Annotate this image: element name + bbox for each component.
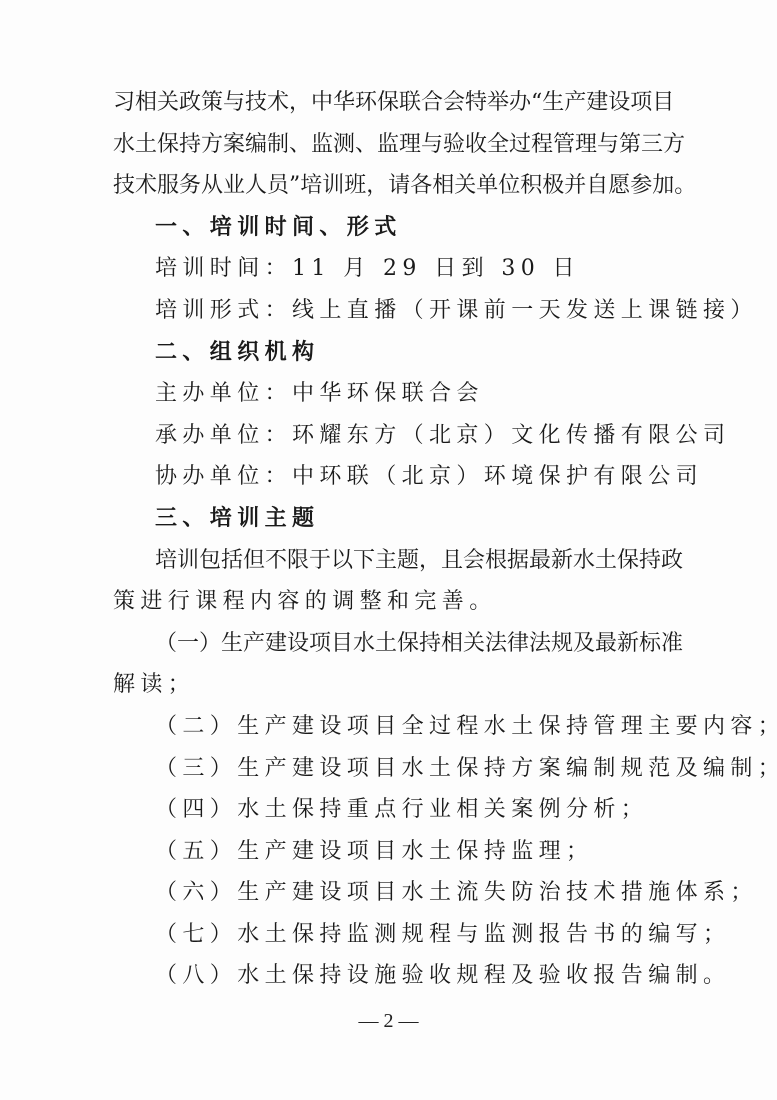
co-organizer-unit: 协办单位：中环联（北京）环境保护有限公司 <box>113 456 658 498</box>
host-unit: 主办单位：中华环保联合会 <box>113 373 658 415</box>
page-content: 习相关政策与技术，中华环保联合会特举办“生产建设项目 水土保持方案编制、监测、监… <box>113 82 658 997</box>
intro-line-1: 习相关政策与技术，中华环保联合会特举办“生产建设项目 <box>113 82 658 124</box>
topic-item-7: （七）水土保持监测规程与监测报告书的编写； <box>113 914 658 956</box>
section-heading-organization: 二、组织机构 <box>113 332 658 374</box>
section-heading-training-time-format: 一、培训时间、形式 <box>113 207 658 249</box>
document-page: 习相关政策与技术，中华环保联合会特举办“生产建设项目 水土保持方案编制、监测、监… <box>0 0 777 1100</box>
topic-item-4: （四）水土保持重点行业相关案例分析； <box>113 789 658 831</box>
topics-intro-line-1: 培训包括但不限于以下主题，且会根据最新水土保持政 <box>113 540 658 582</box>
section-heading-training-topics: 三、培训主题 <box>113 498 658 540</box>
topic-item-1-continued: 解读； <box>113 664 658 706</box>
page-number: — 2 — <box>0 1010 777 1033</box>
topic-item-1: （一）生产建设项目水土保持相关法律法规及最新标准 <box>113 623 658 665</box>
organizer-unit: 承办单位：环耀东方（北京）文化传播有限公司 <box>113 415 658 457</box>
topics-intro-line-2: 策进行课程内容的调整和完善。 <box>113 581 658 623</box>
training-time: 培训时间：11 月 29 日到 30 日 <box>113 248 658 290</box>
topic-item-3: （三）生产建设项目水土保持方案编制规范及编制； <box>113 748 658 790</box>
topic-item-2: （二）生产建设项目全过程水土保持管理主要内容； <box>113 706 658 748</box>
topic-item-6: （六）生产建设项目水土流失防治技术措施体系； <box>113 872 658 914</box>
topic-item-8: （八）水土保持设施验收规程及验收报告编制。 <box>113 955 658 997</box>
intro-line-3: 技术服务从业人员”培训班，请各相关单位积极并自愿参加。 <box>113 165 658 207</box>
training-format: 培训形式：线上直播（开课前一天发送上课链接） <box>113 290 658 332</box>
topic-item-5: （五）生产建设项目水土保持监理； <box>113 831 658 873</box>
intro-line-2: 水土保持方案编制、监测、监理与验收全过程管理与第三方 <box>113 124 658 166</box>
